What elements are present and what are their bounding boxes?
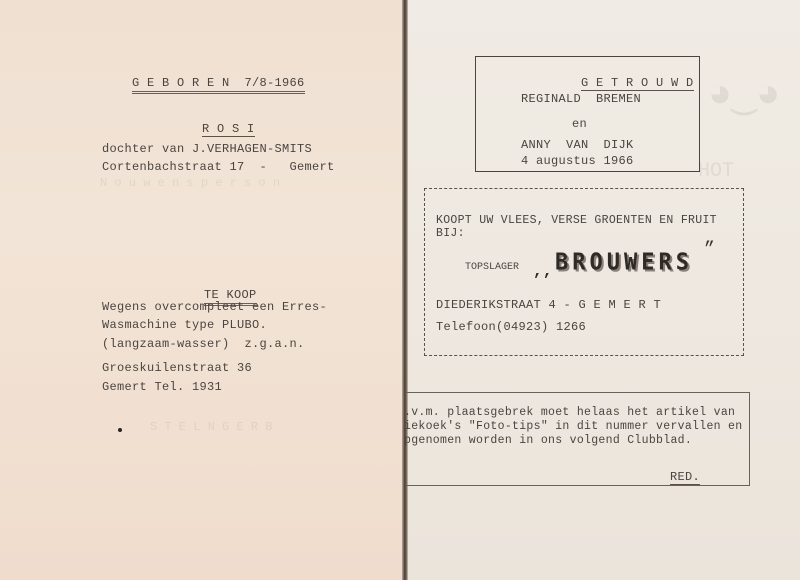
bleed-through-text: HOT xyxy=(698,160,734,183)
left-page: N o u w e n s p e r s o n S T E L N G E … xyxy=(0,0,402,580)
advert-open-quote: ,, xyxy=(533,262,553,280)
notice-line: .v.m. plaatsgebrek moet helaas het artik… xyxy=(404,406,735,419)
for-sale-line: (langzaam-wasser) z.g.a.n. xyxy=(102,337,305,351)
advert-prefix: TOPSLAGER xyxy=(465,262,519,273)
advert-brand: BROUWERS xyxy=(555,249,693,275)
notice-signature: RED. xyxy=(640,456,700,498)
right-page: ◕‿◕ HOT G E T R O U W D REGINALD BREMEN … xyxy=(408,0,800,580)
for-sale-line: Wasmachine type PLUBO. xyxy=(102,318,267,332)
ink-dot xyxy=(118,428,122,432)
advert-close-quote: ” xyxy=(704,240,715,260)
and-text: en xyxy=(572,117,587,131)
for-sale-address: Groeskuilenstraat 36 xyxy=(102,361,252,375)
advert-line: KOOPT UW VLEES, VERSE GROENTEN EN FRUIT xyxy=(436,214,717,227)
bleed-through-mascot: ◕‿◕ xyxy=(708,70,780,119)
for-sale-line: Wegens overcompleet een Erres- xyxy=(102,300,327,314)
birth-address: Cortenbachstraat 17 - Gemert xyxy=(102,160,335,174)
for-sale-phone: Gemert Tel. 1931 xyxy=(102,380,222,394)
advert-phone: Telefoon(04923) 1266 xyxy=(436,320,586,334)
notice-line: iekoek's "Foto-tips" in dit nummer verva… xyxy=(404,420,742,433)
advert-address: DIEDERIKSTRAAT 4 - G E M E R T xyxy=(436,298,661,312)
notice-line: pgenomen worden in ons volgend Clubblad. xyxy=(404,434,692,447)
wedding-date: 4 augustus 1966 xyxy=(521,154,634,168)
advert-line: BIJ: xyxy=(436,227,465,240)
bride-name: ANNY VAN DIJK xyxy=(521,138,634,152)
bleed-through-text: S T E L N G E R B xyxy=(150,420,272,434)
bleed-through-text: N o u w e n s p e r s o n xyxy=(100,176,280,190)
groom-name: REGINALD BREMEN xyxy=(521,92,641,106)
birth-heading: G E B O R E N 7/8-1966 xyxy=(102,62,305,104)
birth-parents: dochter van J.VERHAGEN-SMITS xyxy=(102,142,312,156)
